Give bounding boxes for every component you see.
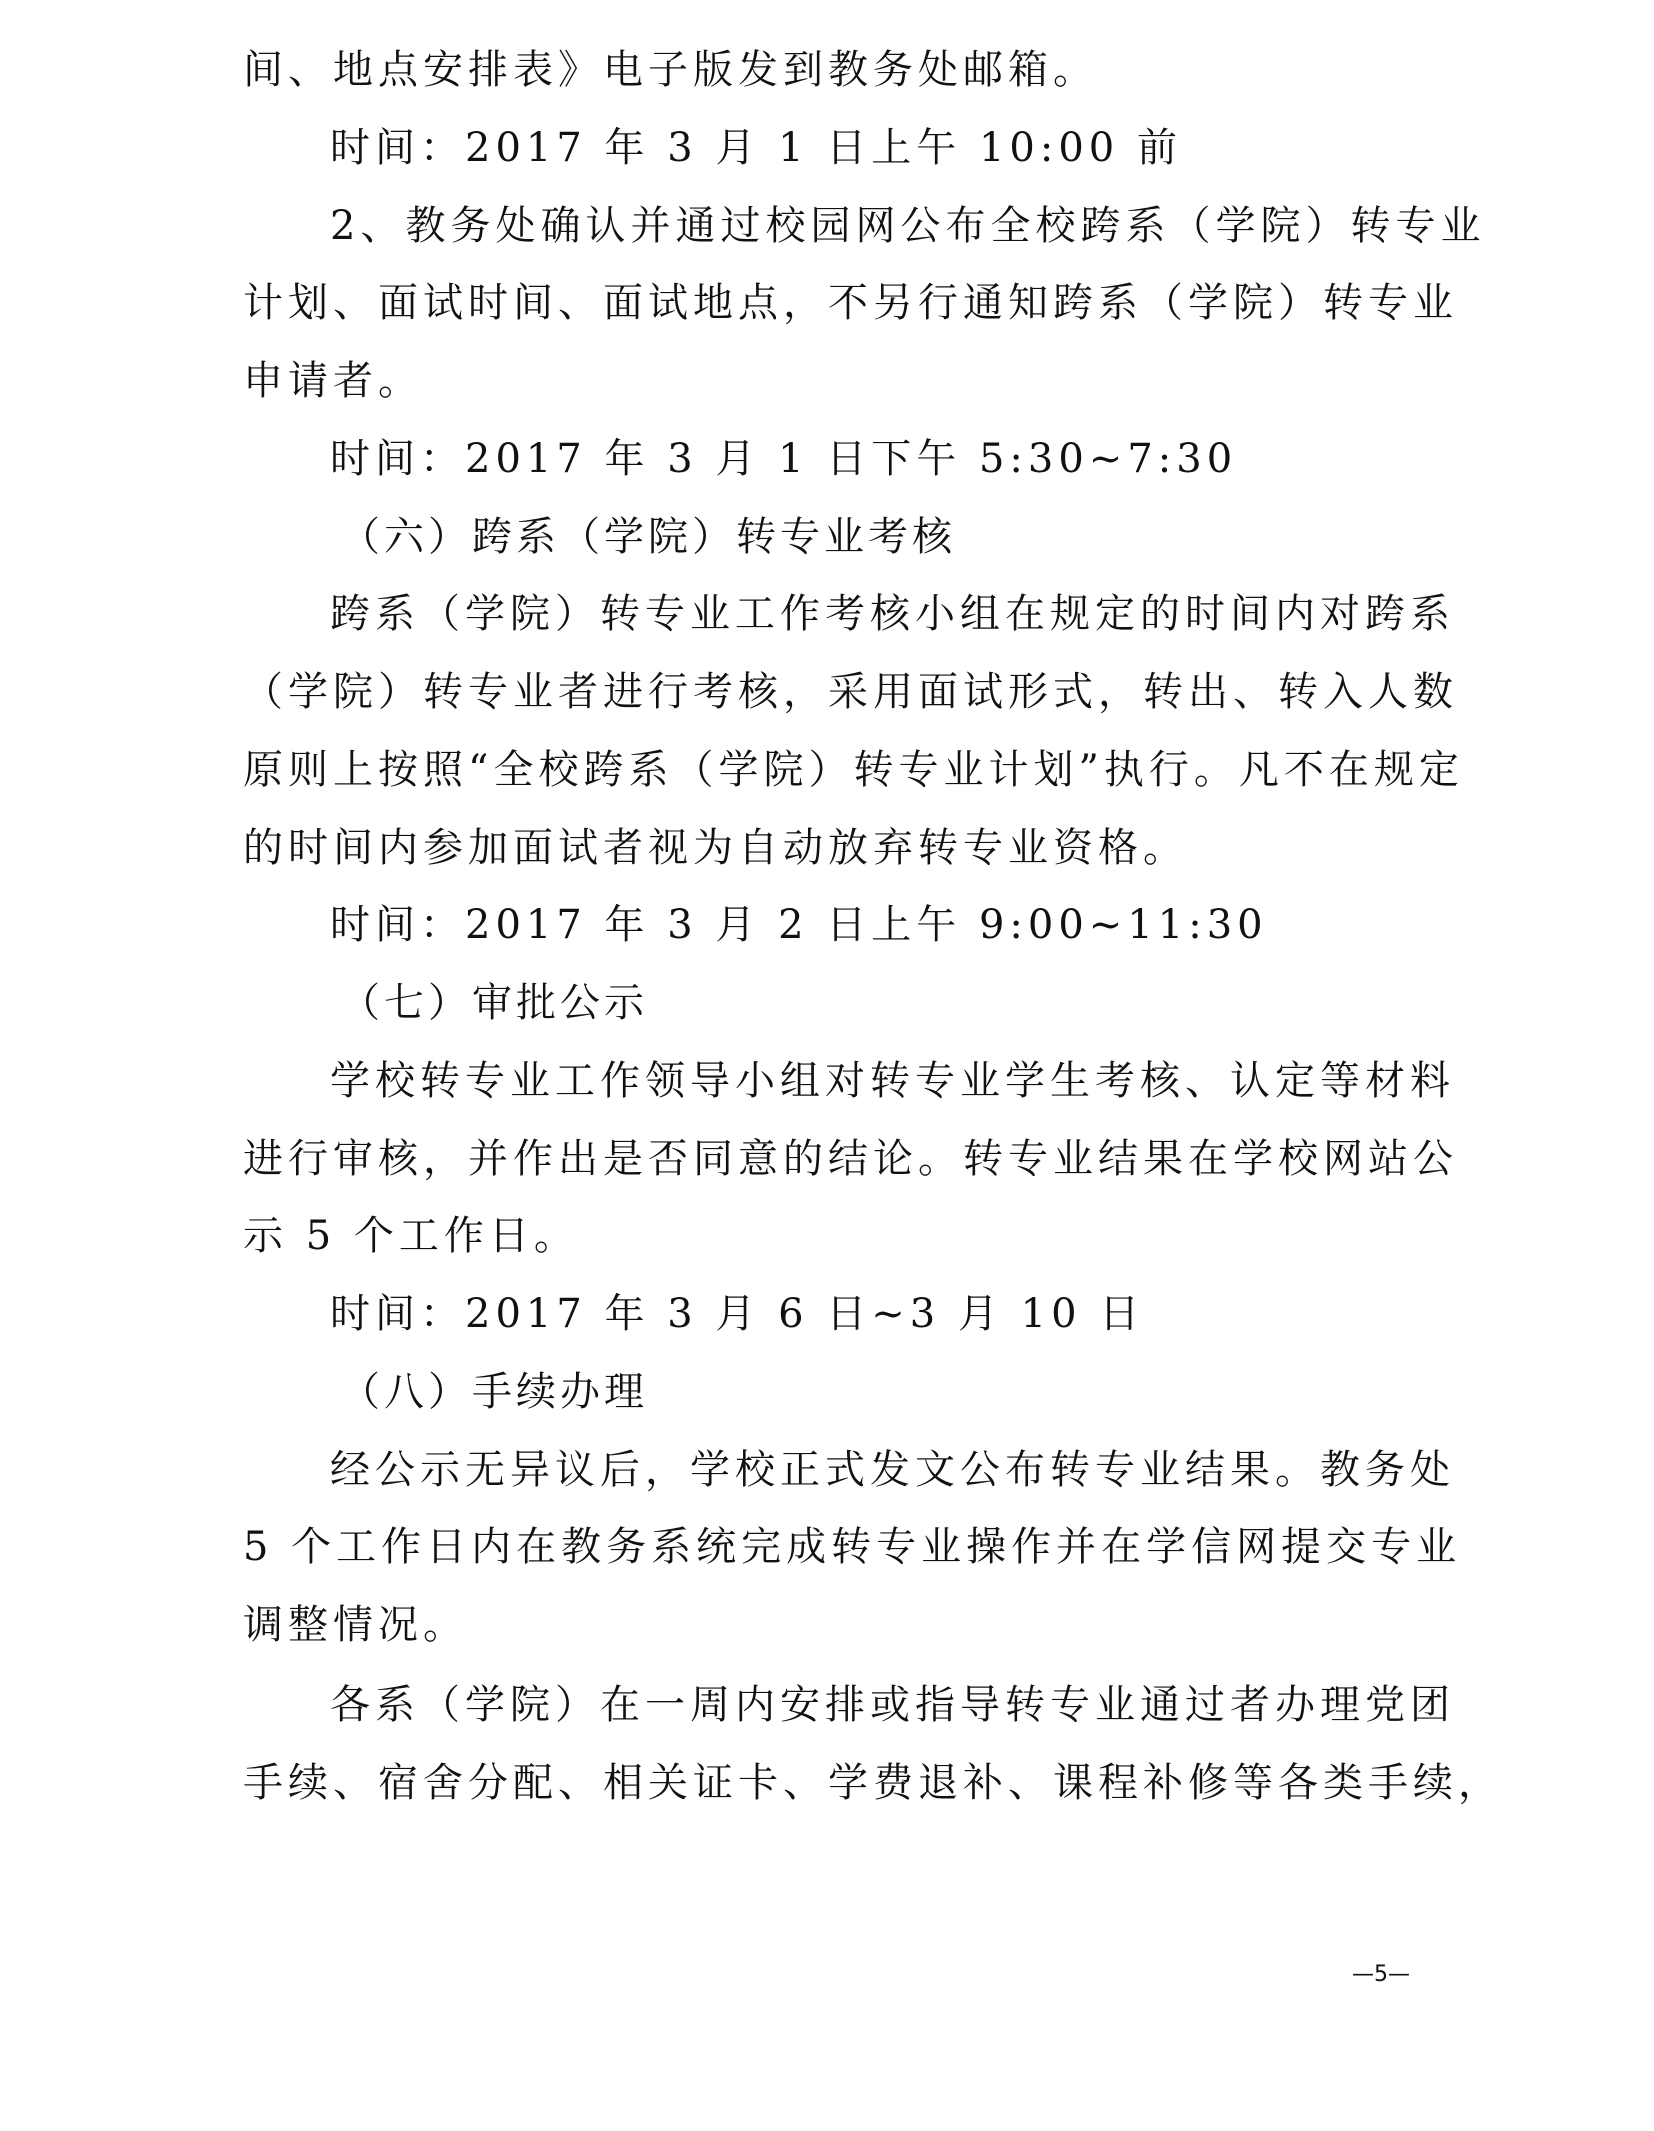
body-text-line: 进行审核，并作出是否同意的结论。转专业结果在学校网站公 [243,1135,1435,1183]
time-line: 时间：2017 年 3 月 6 日~3 月 10 日 [330,1290,1435,1338]
body-text-line: 间、地点安排表》电子版发到教务处邮箱。 [243,46,1435,94]
section-heading-6: （六）跨系（学院）转专业考核 [340,513,956,561]
document-page: 间、地点安排表》电子版发到教务处邮箱。 时间：2017 年 3 月 1 日上午 … [0,0,1654,2131]
body-text-line: 申请者。 [243,357,1435,405]
body-text-line: 原则上按照“全校跨系（学院）转专业计划”执行。凡不在规定 [243,746,1435,794]
body-text-line: 手续、宿舍分配、相关证卡、学费退补、课程补修等各类手续， [243,1759,1435,1807]
body-text-line: 跨系（学院）转专业工作考核小组在规定的时间内对跨系 [330,590,1435,638]
time-line: 时间：2017 年 3 月 2 日上午 9:00~11:30 [330,901,1435,949]
body-text-line: 各系（学院）在一周内安排或指导转专业通过者办理党团 [330,1681,1435,1729]
body-text-line: 5 个工作日内在教务系统完成转专业操作并在学信网提交专业 [243,1523,1435,1571]
page-number: —5— [1352,1962,1410,1988]
body-text-line: 调整情况。 [243,1601,1435,1649]
body-text-line: 经公示无异议后，学校正式发文公布转专业结果。教务处 [330,1446,1435,1494]
body-text-line: 计划、面试时间、面试地点，不另行通知跨系（学院）转专业 [243,279,1435,327]
body-text-line: 2、教务处确认并通过校园网公布全校跨系（学院）转专业 [330,202,1435,250]
body-text-line: 示 5 个工作日。 [243,1212,1435,1260]
body-text-line: 学校转专业工作领导小组对转专业学生考核、认定等材料 [330,1057,1435,1105]
time-line: 时间：2017 年 3 月 1 日下午 5:30~7:30 [330,435,1435,483]
section-heading-7: （七）审批公示 [340,979,648,1027]
section-heading-8: （八）手续办理 [340,1368,648,1416]
body-text-line: 的时间内参加面试者视为自动放弃转专业资格。 [243,824,1435,872]
time-line: 时间：2017 年 3 月 1 日上午 10:00 前 [330,124,1435,172]
body-text-line: （学院）转专业者进行考核，采用面试形式，转出、转入人数 [243,668,1435,716]
